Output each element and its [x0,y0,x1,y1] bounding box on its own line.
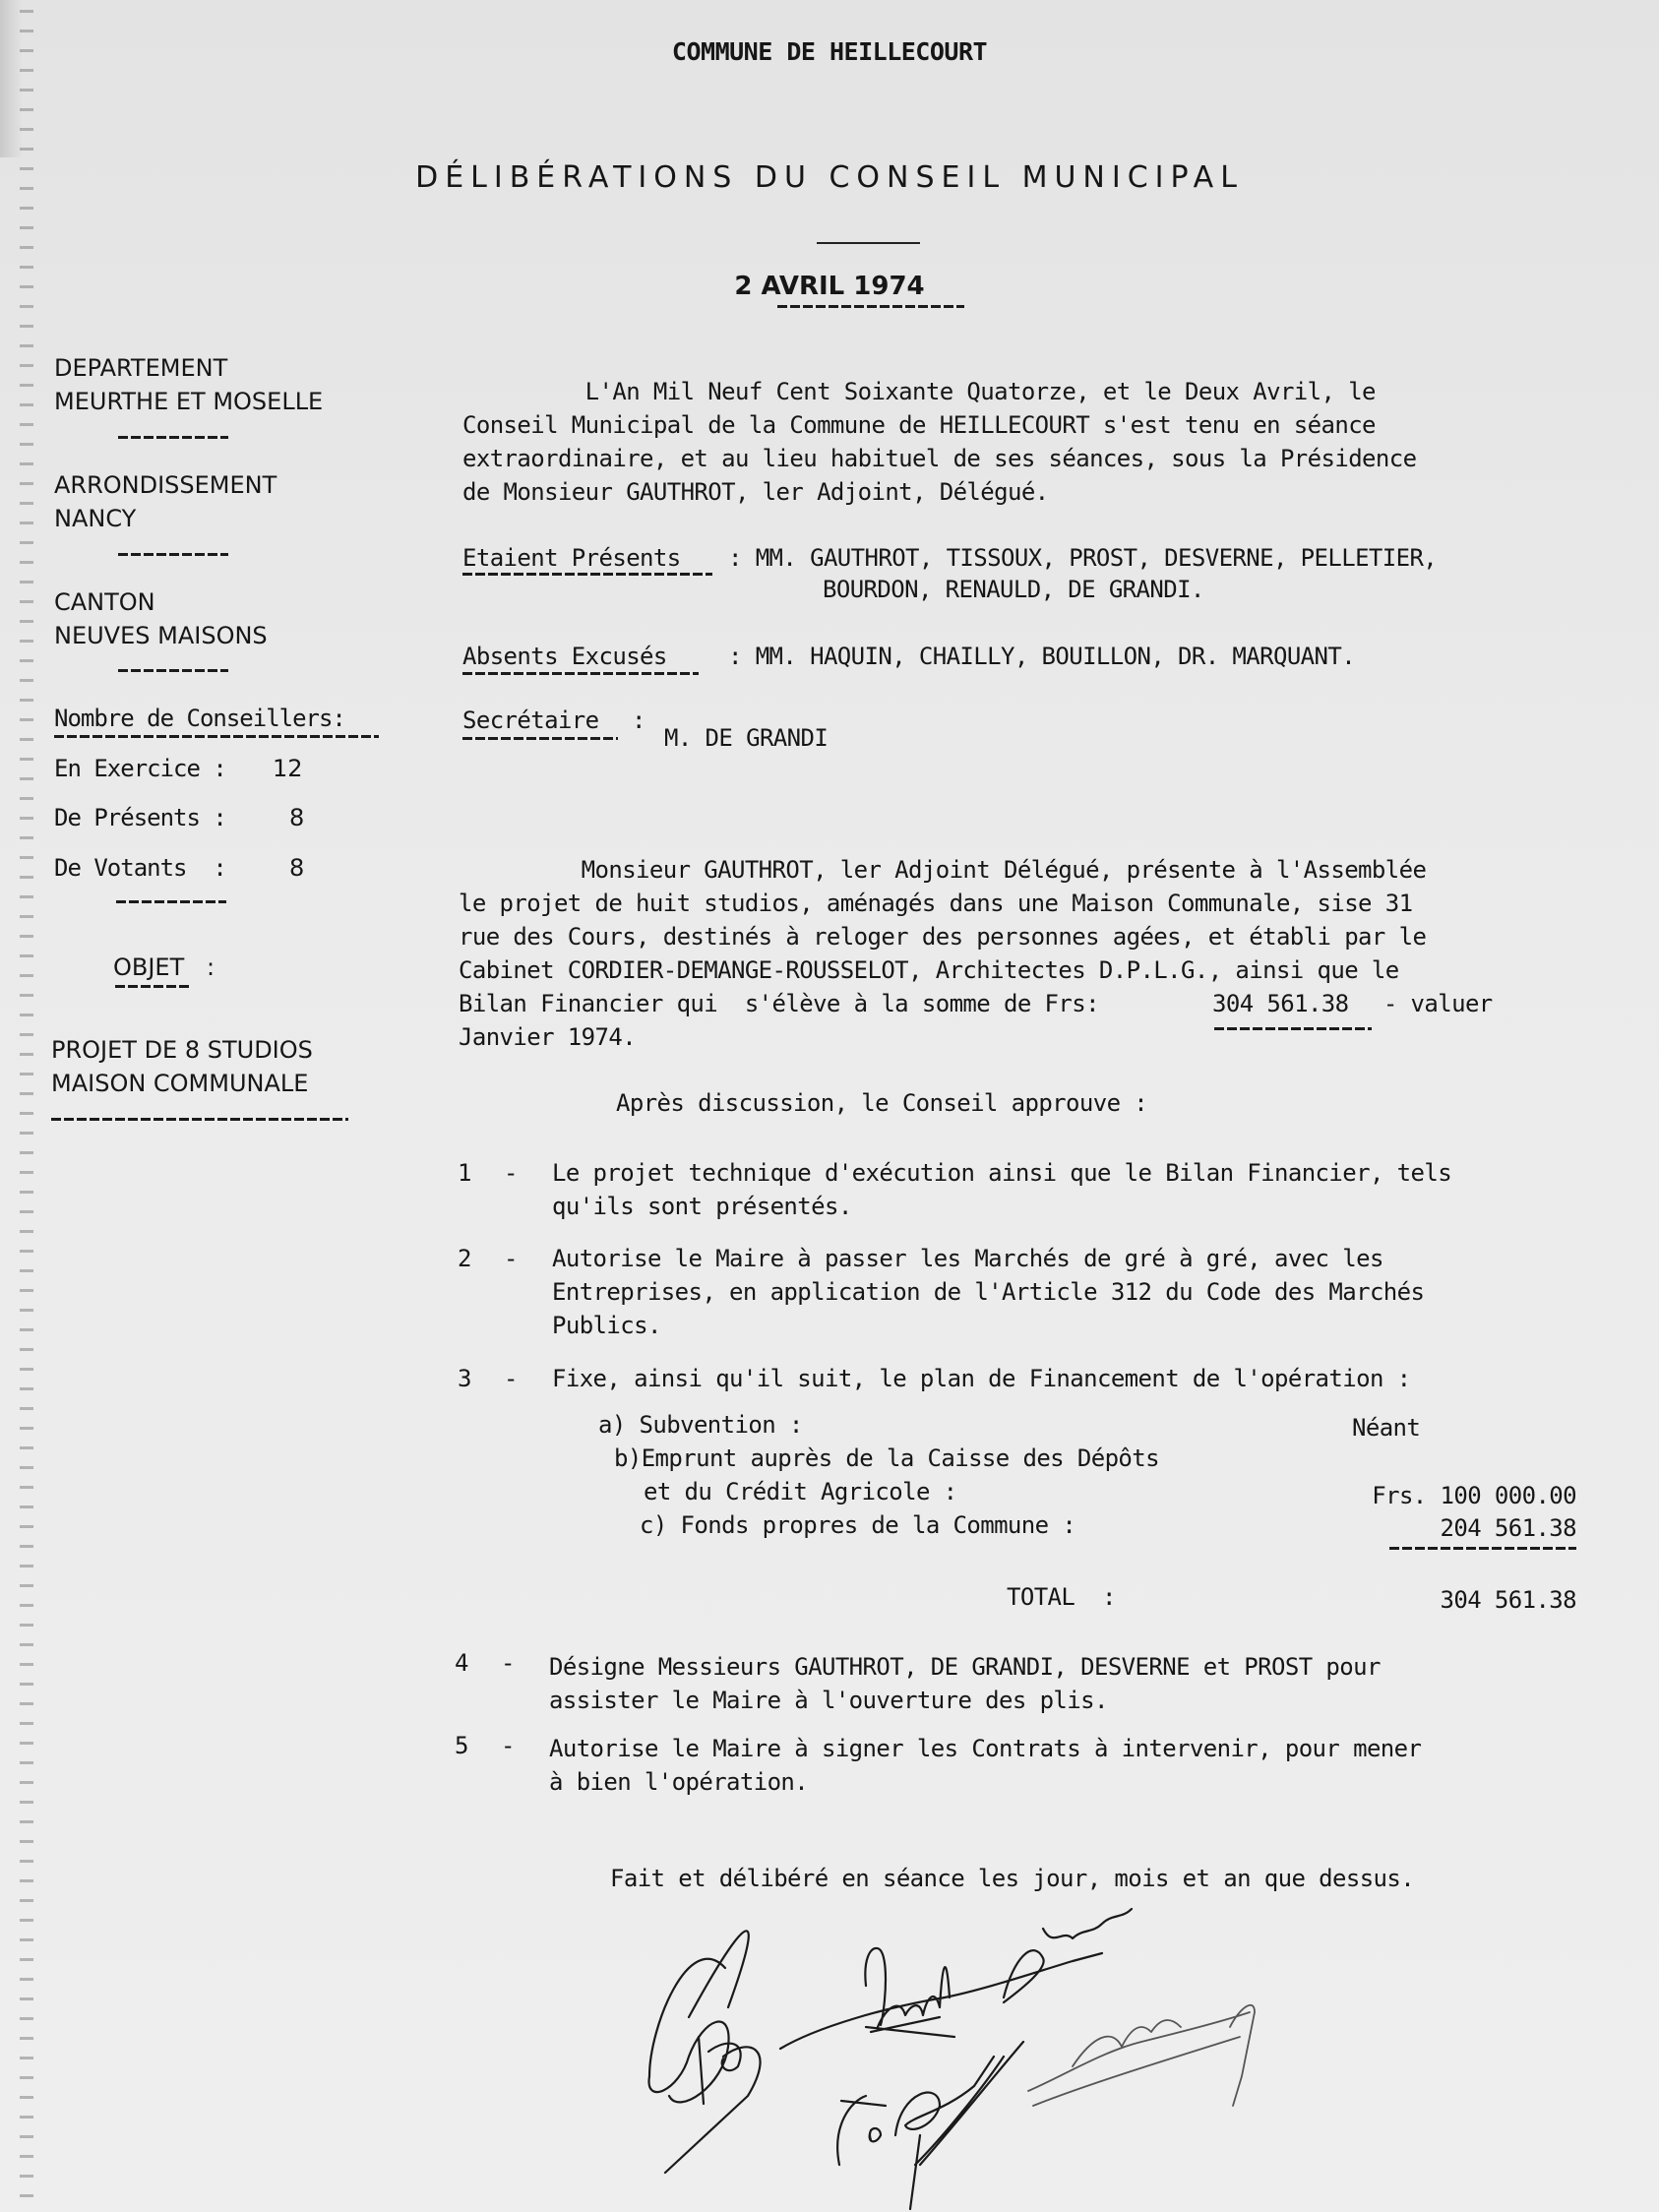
signature-1 [649,1931,761,2173]
document-page: COMMUNE DE HEILLECOURT DÉLIBÉRATIONS DU … [0,0,1659,2212]
signature-2 [1004,1909,1132,2002]
signature-3 [1028,2005,1255,2106]
signature-renauld [780,1948,1102,2049]
signatures [0,0,1659,2212]
signature-de-grandi [837,2042,1023,2209]
